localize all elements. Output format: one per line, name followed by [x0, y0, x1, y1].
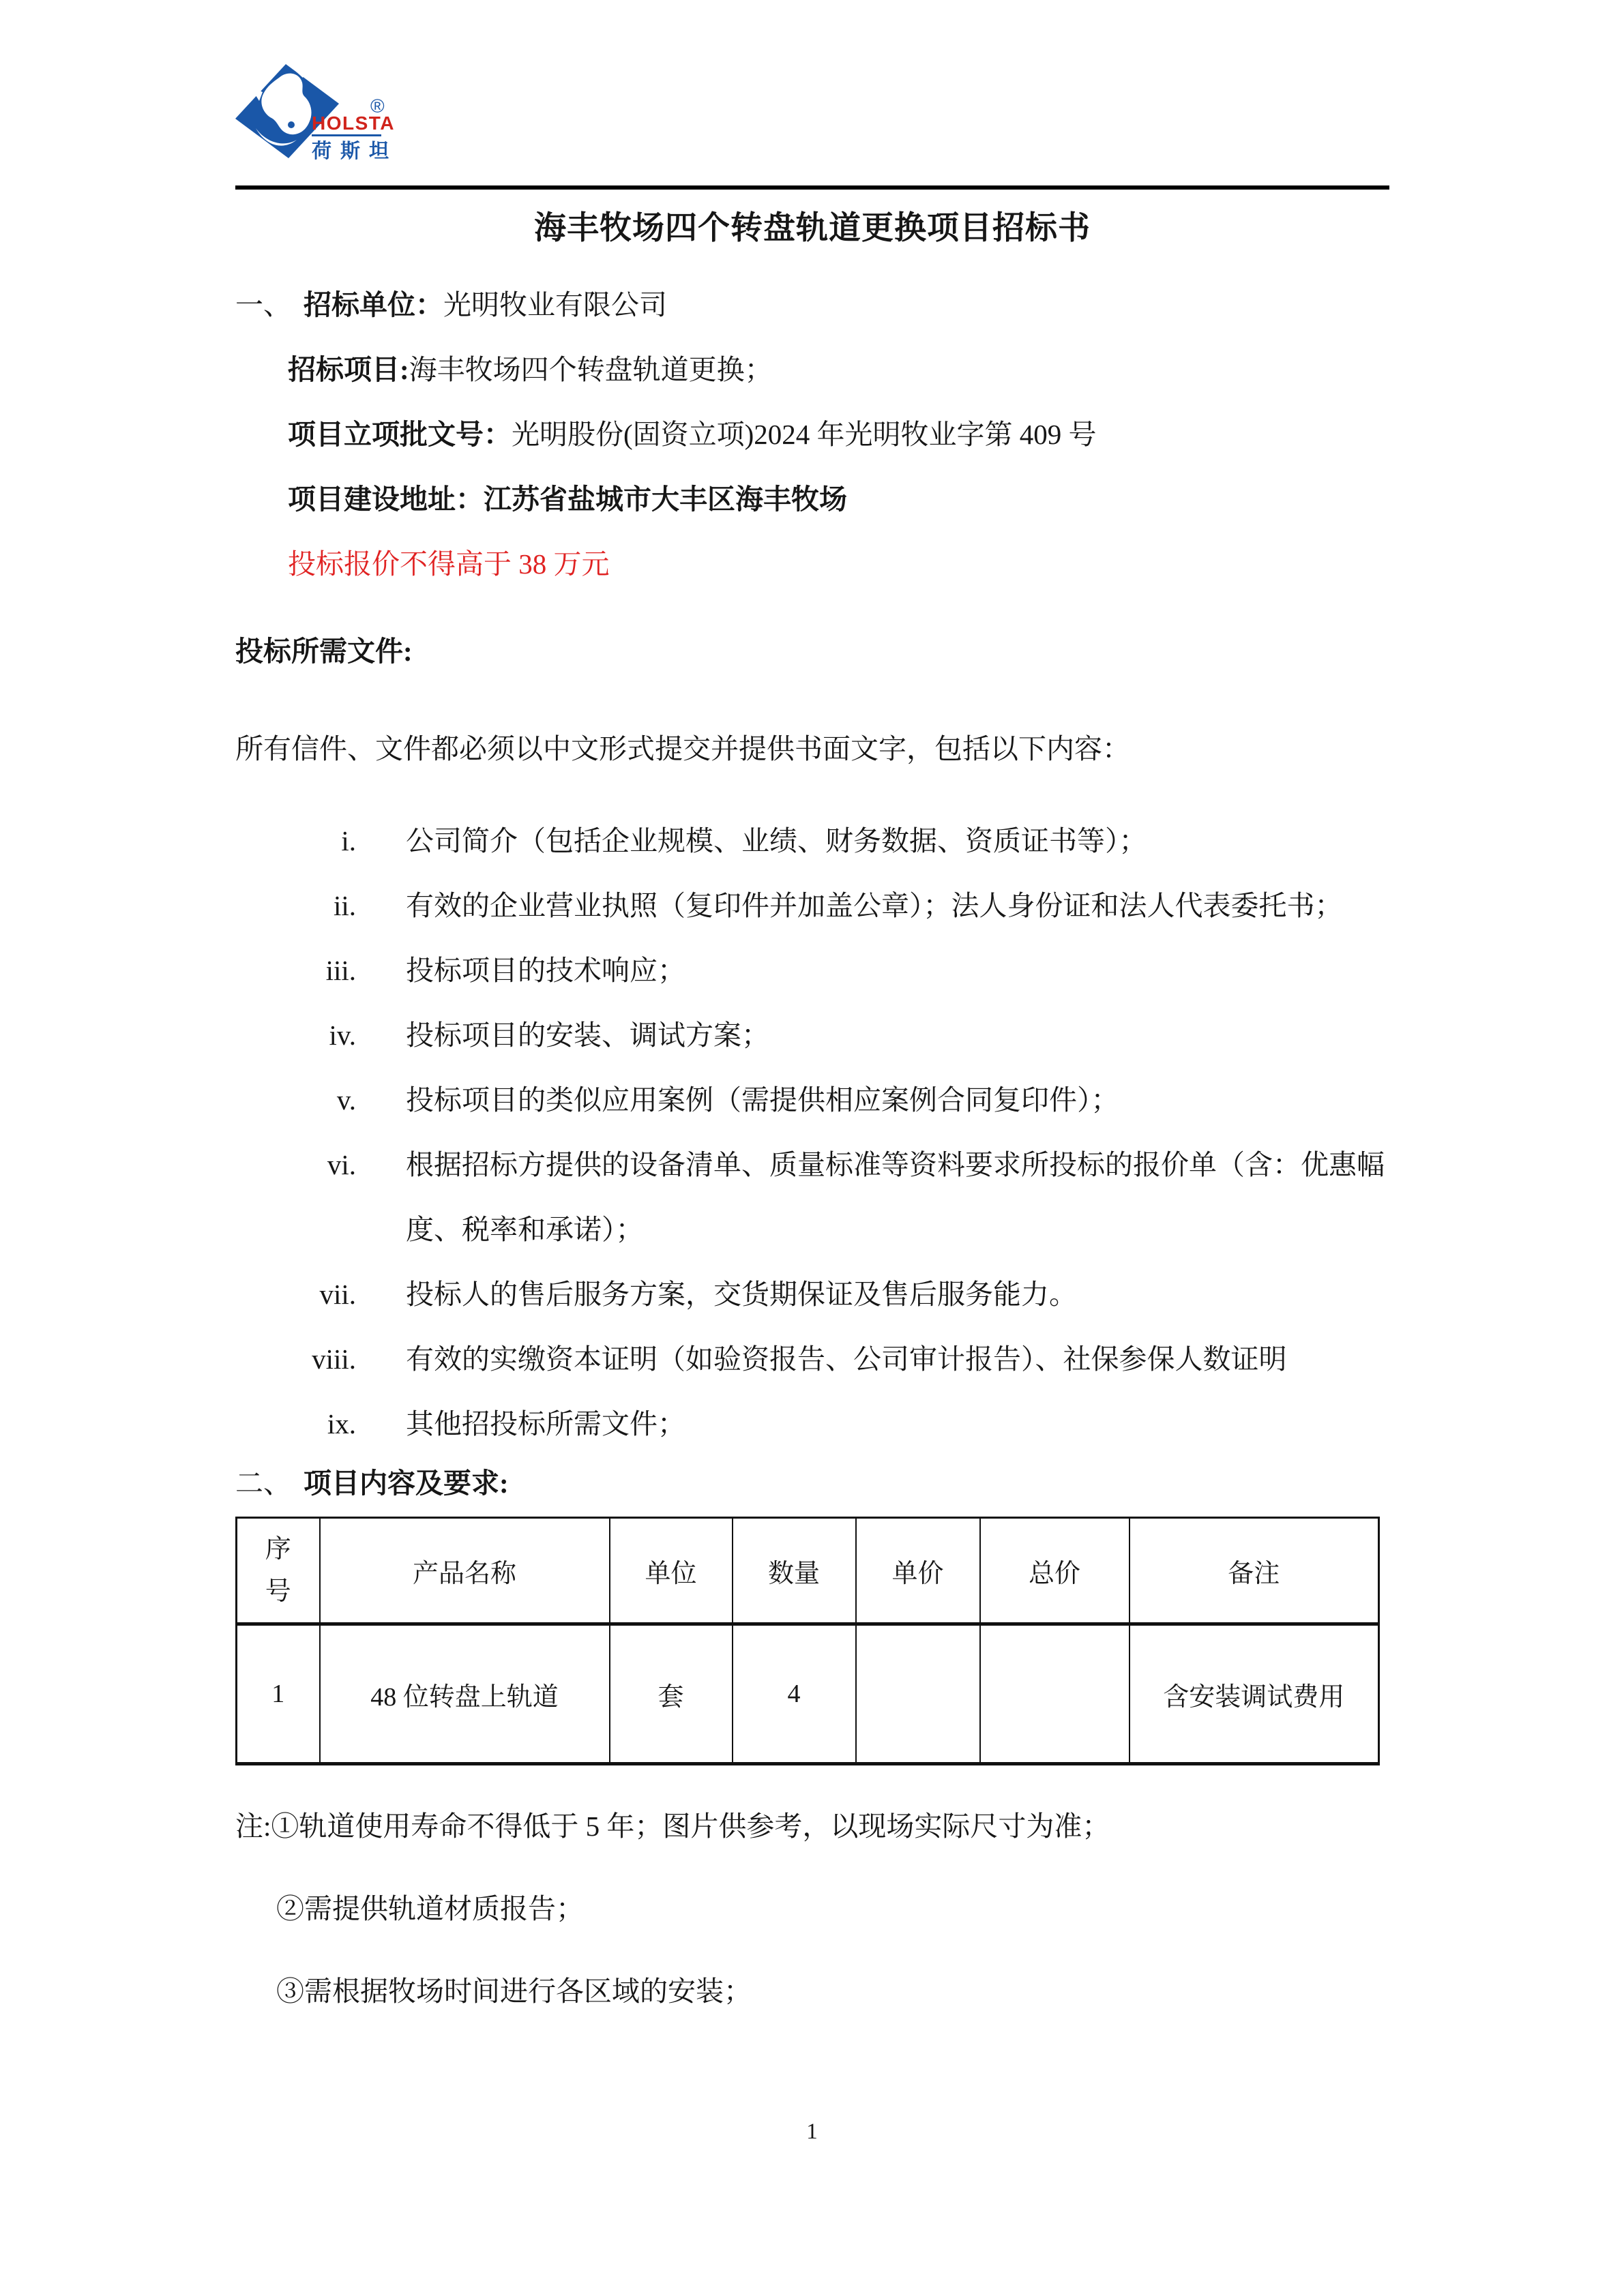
tender-unit-line: 一、招标单位：光明牧业有限公司: [235, 273, 1389, 338]
brand-underline: [312, 134, 381, 136]
required-document-item: vi.根据招标方提供的设备清单、质量标准等资料要求所投标的报价单（含：优惠幅度、…: [235, 1133, 1389, 1262]
table-header-cell: 产品名称: [320, 1518, 610, 1624]
table-header-cell: 备注: [1130, 1518, 1379, 1624]
required-document-number: iii.: [235, 938, 356, 1003]
required-documents-intro: 所有信件、文件都必须以中文形式提交并提供书面文字，包括以下内容：: [235, 717, 1389, 781]
note-line: 注:①轨道使用寿命不得低于 5 年；图片供参考，以现场实际尺寸为准；: [235, 1794, 1389, 1859]
required-document-item: ii.有效的企业营业执照（复印件并加盖公章）；法人身份证和法人代表委托书；: [235, 874, 1389, 938]
required-document-number: viii.: [235, 1327, 356, 1392]
table-cell: 4: [733, 1624, 856, 1764]
project-address-label: 项目建设地址：: [288, 483, 484, 515]
required-documents-heading: 投标所需文件:: [235, 619, 1389, 684]
note-line: ③需根据牧场时间进行各区域的安装；: [235, 1959, 1389, 2024]
table-cell: [856, 1624, 980, 1764]
required-document-number: v.: [235, 1068, 356, 1133]
required-document-item: v.投标项目的类似应用案例（需提供相应案例合同复印件）；: [235, 1068, 1389, 1133]
table-header-cell: 单位: [610, 1518, 733, 1624]
approval-number-label: 项目立项批文号：: [288, 419, 512, 450]
table-row: 148 位转盘上轨道套4含安装调试费用: [237, 1624, 1379, 1764]
holstan-logo-graphic: HOLSTAN 荷斯坦 ®: [235, 61, 396, 165]
project-items-table: 序号产品名称单位数量单价总价备注 148 位转盘上轨道套4含安装调试费用: [235, 1517, 1380, 1765]
tender-project-value: 海丰牧场四个转盘轨道更换；: [409, 354, 773, 385]
page-number: 1: [0, 2115, 1624, 2148]
required-document-text: 投标项目的技术响应；: [356, 938, 1389, 1003]
section-two-heading-line: 二、项目内容及要求:: [235, 1457, 1389, 1510]
tender-project-label: 招标项目:: [288, 354, 409, 385]
document-title: 海丰牧场四个转盘轨道更换项目招标书: [235, 203, 1389, 254]
required-document-text: 有效的实缴资本证明（如验资报告、公司审计报告）、社保参保人数证明: [356, 1327, 1389, 1392]
cow-nostril: [288, 121, 295, 128]
table-header-cell: 单价: [856, 1518, 980, 1624]
required-document-number: vii.: [235, 1262, 356, 1327]
required-document-number: i.: [235, 809, 356, 874]
table-cell: 含安装调试费用: [1130, 1624, 1379, 1764]
table-cell: 1: [237, 1624, 320, 1764]
required-document-item: i.公司简介（包括企业规模、业绩、财务数据、资质证书等）；: [235, 809, 1389, 874]
required-document-number: iv.: [235, 1003, 356, 1068]
required-document-item: viii.有效的实缴资本证明（如验资报告、公司审计报告）、社保参保人数证明: [235, 1327, 1389, 1392]
required-document-text: 公司简介（包括企业规模、业绩、财务数据、资质证书等）；: [356, 809, 1389, 874]
required-document-text: 投标项目的类似应用案例（需提供相应案例合同复印件）；: [356, 1068, 1389, 1133]
table-cell: 48 位转盘上轨道: [320, 1624, 610, 1764]
header-divider: [235, 185, 1389, 190]
required-document-item: ix.其他招投标所需文件；: [235, 1392, 1389, 1457]
note-line: ②需提供轨道材质报告；: [235, 1877, 1389, 1941]
brand-cn-wordmark: 荷斯坦: [312, 140, 396, 162]
required-document-text: 投标项目的安装、调试方案；: [356, 1003, 1389, 1068]
table-cell: 套: [610, 1624, 733, 1764]
table-header-cell: 总价: [980, 1518, 1130, 1624]
project-address-value: 江苏省盐城市大丰区海丰牧场: [484, 483, 847, 515]
required-documents-list: i.公司简介（包括企业规模、业绩、财务数据、资质证书等）；ii.有效的企业营业执…: [235, 809, 1389, 1457]
tender-unit-label: 招标单位：: [304, 289, 443, 320]
table-header-row: 序号产品名称单位数量单价总价备注: [237, 1518, 1379, 1624]
required-document-item: vii.投标人的售后服务方案，交货期保证及售后服务能力。: [235, 1262, 1389, 1327]
registered-mark-icon: ®: [370, 95, 385, 117]
project-address-line: 项目建设地址：江苏省盐城市大丰区海丰牧场: [235, 467, 1389, 532]
approval-number-line: 项目立项批文号：光明股份(固资立项)2024 年光明牧业字第 409 号: [235, 402, 1389, 467]
approval-number-value: 光明股份(固资立项)2024 年光明牧业字第 409 号: [512, 419, 1097, 450]
required-document-text: 其他招投标所需文件；: [356, 1392, 1389, 1457]
section-one-index: 一、: [235, 273, 304, 338]
notes-block: 注:①轨道使用寿命不得低于 5 年；图片供参考，以现场实际尺寸为准；②需提供轨道…: [235, 1794, 1389, 2024]
required-document-number: ix.: [235, 1392, 356, 1457]
document-page: HOLSTAN 荷斯坦 ® 海丰牧场四个转盘轨道更换项目招标书 一、招标单位：光…: [0, 0, 1624, 2296]
required-document-text: 根据招标方提供的设备清单、质量标准等资料要求所投标的报价单（含：优惠幅度、税率和…: [356, 1133, 1389, 1262]
required-document-text: 有效的企业营业执照（复印件并加盖公章）；法人身份证和法人代表委托书；: [356, 874, 1389, 938]
required-document-number: vi.: [235, 1133, 356, 1262]
tender-unit-value: 光明牧业有限公司: [443, 289, 667, 320]
holstan-logo: HOLSTAN 荷斯坦 ®: [235, 61, 1389, 165]
required-document-text: 投标人的售后服务方案，交货期保证及售后服务能力。: [356, 1262, 1389, 1327]
section-two-index: 二、: [235, 1457, 304, 1510]
section-two-heading: 项目内容及要求:: [304, 1467, 509, 1499]
tender-project-line: 招标项目:海丰牧场四个转盘轨道更换；: [235, 338, 1389, 402]
table-cell: [980, 1624, 1130, 1764]
price-cap-line: 投标报价不得高于 38 万元: [235, 532, 1389, 597]
required-document-item: iv.投标项目的安装、调试方案；: [235, 1003, 1389, 1068]
required-document-number: ii.: [235, 874, 356, 938]
table-header-cell: 序号: [237, 1518, 320, 1624]
required-document-item: iii.投标项目的技术响应；: [235, 938, 1389, 1003]
table-header-cell: 数量: [733, 1518, 856, 1624]
